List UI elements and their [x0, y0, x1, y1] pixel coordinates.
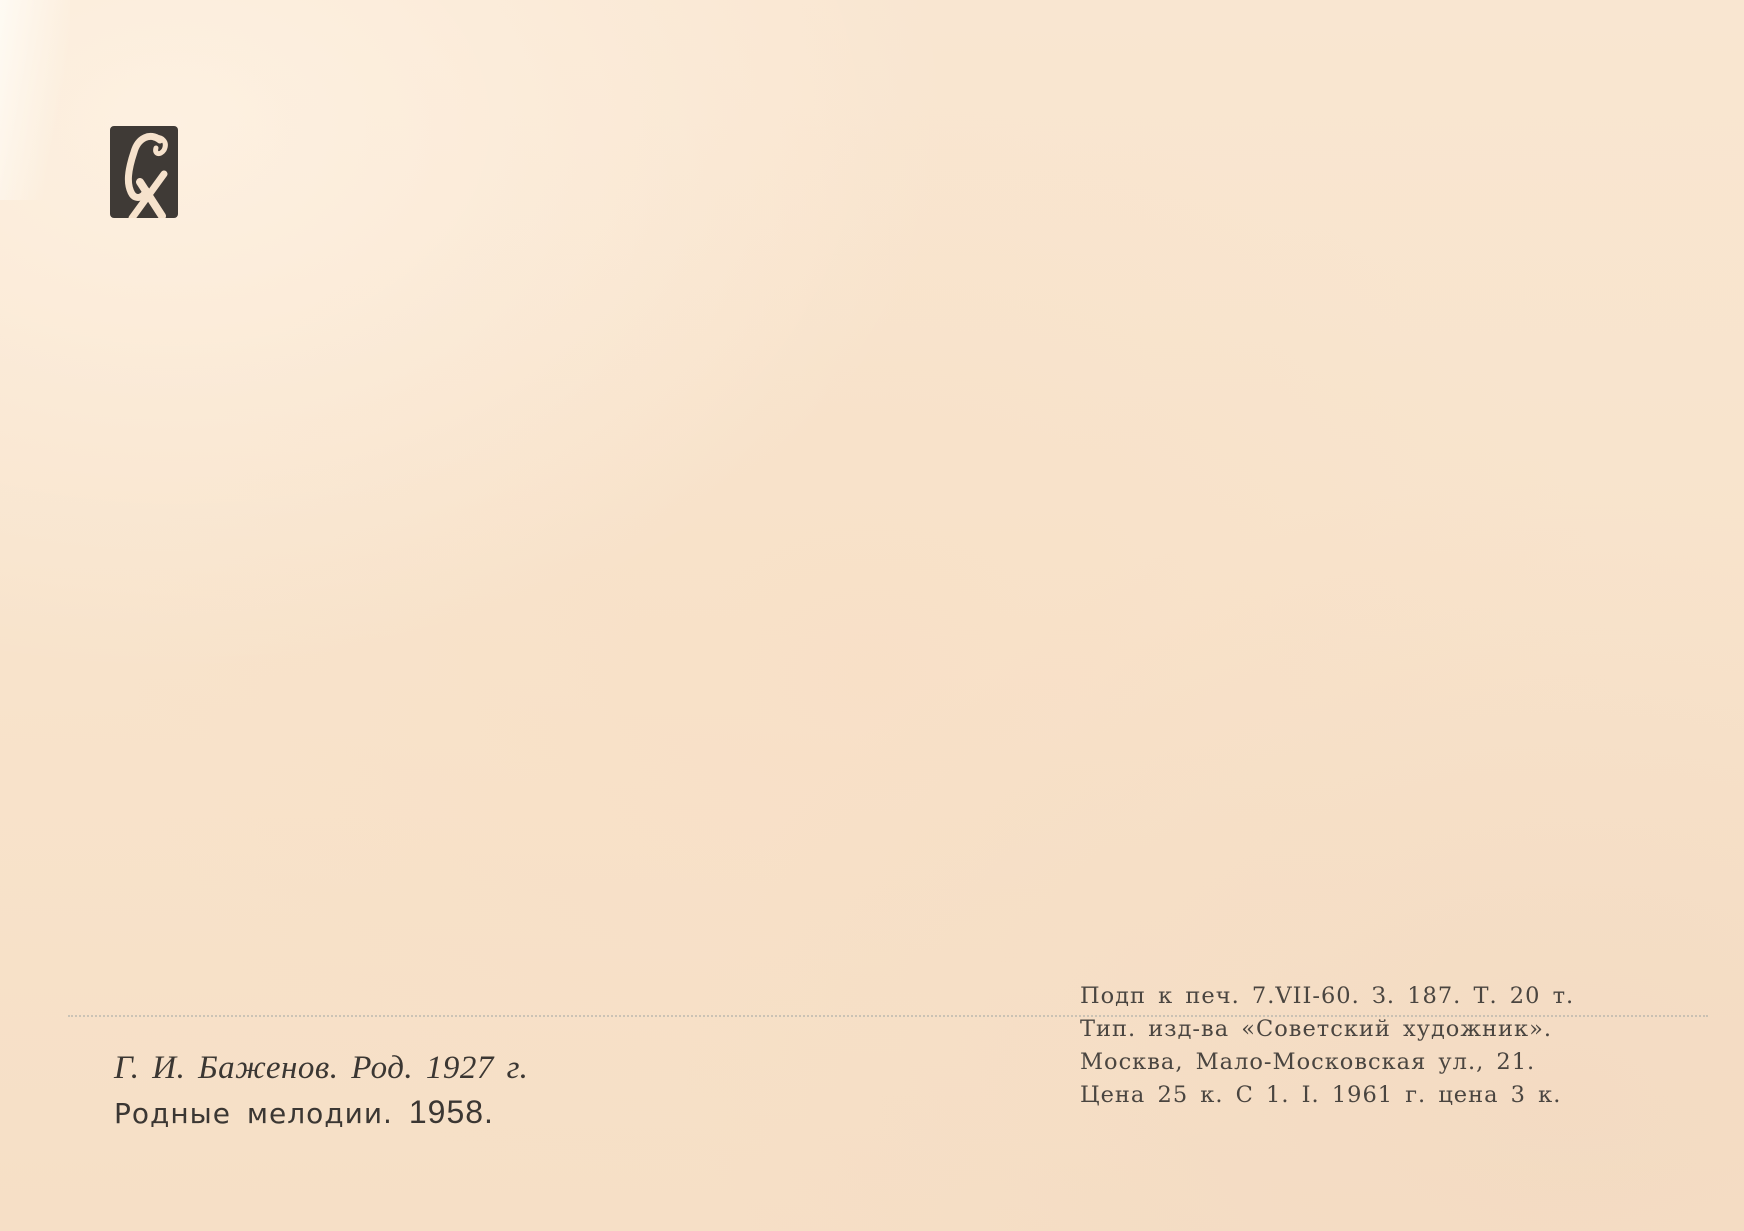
artwork-title: Родные мелодии.: [114, 1097, 393, 1130]
paper-crease: [0, 0, 70, 200]
author-line: Г. И. Баженов. Род. 1927 г.: [114, 1046, 528, 1090]
imprint-line-print-info: Подп к печ. 7.VII-60. З. 187. Т. 20 т.: [1080, 980, 1574, 1013]
imprint-line-address: Москва, Мало-Московская ул., 21.: [1080, 1046, 1574, 1079]
imprint-line-printer: Тип. изд-ва «Советский художник».: [1080, 1013, 1574, 1046]
artwork-year: 1958.: [409, 1094, 494, 1130]
imprint-line-price: Цена 25 к. С 1. I. 1961 г. цена 3 к.: [1080, 1079, 1574, 1112]
publisher-logo: [110, 126, 178, 218]
artwork-caption: Г. И. Баженов. Род. 1927 г. Родные мелод…: [114, 1046, 528, 1136]
sovetsky-khudozhnik-monogram-icon: [110, 126, 178, 218]
printing-imprint: Подп к печ. 7.VII-60. З. 187. Т. 20 т. Т…: [1080, 980, 1574, 1112]
artwork-title-line: Родные мелодии. 1958.: [114, 1090, 528, 1136]
postcard-back: Г. И. Баженов. Род. 1927 г. Родные мелод…: [0, 0, 1744, 1231]
